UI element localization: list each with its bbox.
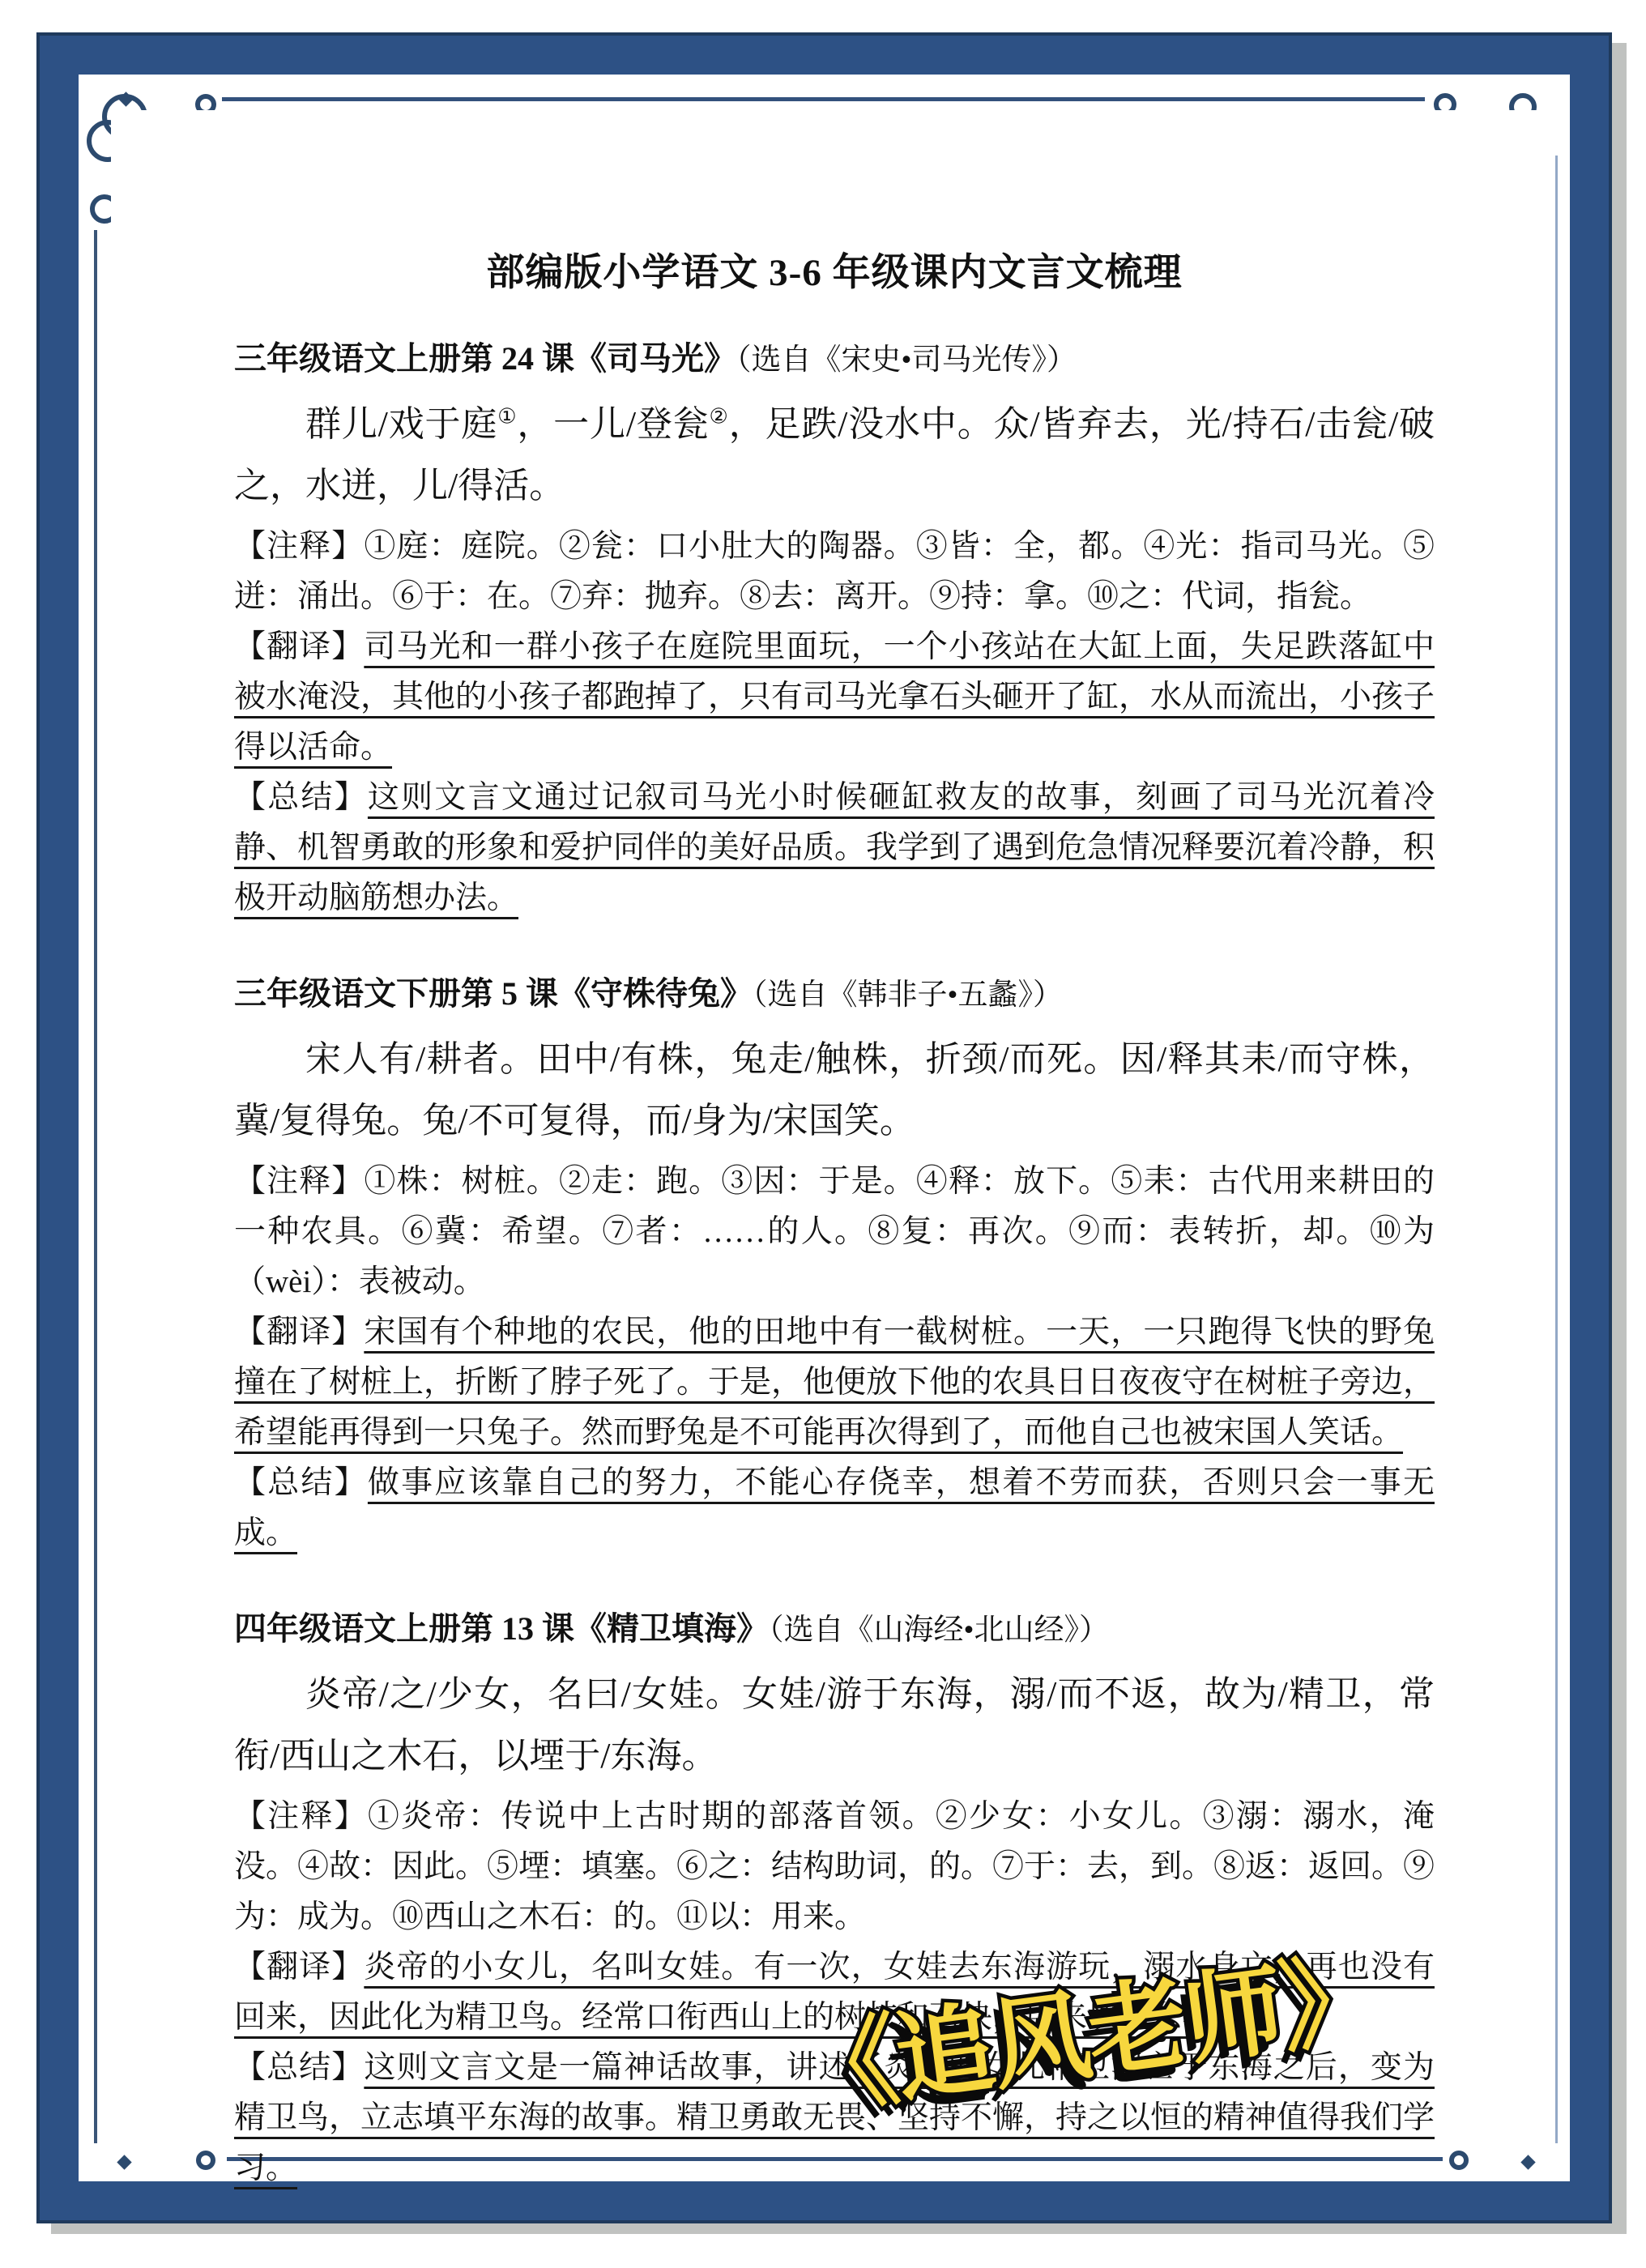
summary-label: 【总结】 (234, 2050, 364, 2085)
inner-border-top-rule (222, 97, 1425, 101)
notes-label: 【注释】 (234, 1799, 368, 1834)
notes-label: 【注释】 (234, 529, 364, 564)
translation-text: 宋国有个种地的农民，他的田地中有一截树桩。一天，一只跑得飞快的野兔撞在了树桩上，… (234, 1315, 1435, 1450)
lesson-section-simaguang: 三年级语文上册第 24 课《司马光》（选自《宋史•司马光传》） 群儿/戏于庭①，… (234, 334, 1435, 923)
lesson-header: 三年级语文下册第 5 课《守株待兔》（选自《韩非子•五蠡》） (234, 969, 1435, 1021)
classical-text: 群儿/戏于庭①，一儿/登瓮②，足跌/没水中。众/皆弃去，光/持石/击瓮/破之，水… (234, 394, 1435, 517)
lesson-title: 三年级语文上册第 24 课《司马光》 (234, 340, 736, 377)
notes-label: 【注释】 (234, 1164, 364, 1199)
classical-text-segment: ，一儿/登瓮 (517, 404, 709, 444)
page-border-frame: 部编版小学语文 3-6 年级课内文言文梳理 三年级语文上册第 24 课《司马光》… (36, 32, 1612, 2223)
lesson-source: （选自《山海经•北山经》） (769, 1614, 1109, 1647)
inner-border-right-rule (1555, 156, 1558, 2143)
diamond-ornament (117, 2155, 131, 2169)
inner-page: 部编版小学语文 3-6 年级课内文言文梳理 三年级语文上册第 24 课《司马光》… (79, 75, 1570, 2181)
notes-paragraph: 【注释】①炎帝：传说中上古时期的部落首领。②少女：小女儿。③溺：溺水，淹没。④故… (234, 1792, 1435, 1942)
lesson-source: （选自《宋史•司马光传》） (736, 343, 1077, 377)
document-content: 部编版小学语文 3-6 年级课内文言文梳理 三年级语文上册第 24 课《司马光》… (111, 110, 1547, 2139)
bottom-ring-ornament (196, 2151, 215, 2170)
lesson-title: 四年级语文上册第 13 课《精卫填海》 (234, 1610, 769, 1647)
translation-label: 【翻译】 (234, 1315, 364, 1349)
inner-border-left-rule (94, 230, 97, 2143)
notes-paragraph: 【注释】①庭：庭院。②瓮：口小肚大的陶器。③皆：全，都。④光：指司马光。⑤迸：涌… (234, 522, 1435, 622)
classical-text: 宋人有/耕者。田中/有株，兔走/触株，折颈/而死。因/释其耒/而守株，冀/复得兔… (234, 1029, 1435, 1152)
summary-text: 这则文言文通过记叙司马光小时候砸缸救友的故事，刻画了司马光沉着冷静、机智勇敢的形… (234, 780, 1435, 915)
note-ref-1: ① (497, 404, 517, 428)
diamond-ornament (1520, 2155, 1535, 2169)
notes-paragraph: 【注释】①株：树桩。②走：跑。③因：于是。④释：放下。⑤耒：古代用来耕田的一种农… (234, 1157, 1435, 1307)
translation-label: 【翻译】 (234, 1950, 364, 1985)
note-ref-2: ② (710, 404, 729, 428)
classical-text-segment: 群儿/戏于庭 (305, 404, 497, 444)
lesson-title: 三年级语文下册第 5 课《守株待兔》 (234, 975, 753, 1012)
translation-text: 司马光和一群小孩子在庭院里面玩，一个小孩站在大缸上面，失足跌落缸中被水淹没，其他… (234, 629, 1435, 765)
lesson-header: 三年级语文上册第 24 课《司马光》（选自《宋史•司马光传》） (234, 334, 1435, 386)
page-title: 部编版小学语文 3-6 年级课内文言文梳理 (234, 242, 1435, 296)
summary-paragraph: 【总结】做事应该靠自己的努力，不能心存侥幸，想着不劳而获，否则只会一事无成。 (234, 1458, 1435, 1558)
summary-paragraph: 【总结】这则文言文通过记叙司马光小时候砸缸救友的故事，刻画了司马光沉着冷静、机智… (234, 773, 1435, 923)
lesson-header: 四年级语文上册第 13 课《精卫填海》（选自《山海经•北山经》） (234, 1604, 1435, 1656)
lesson-section-shouzhudaitu: 三年级语文下册第 5 课《守株待兔》（选自《韩非子•五蠡》） 宋人有/耕者。田中… (234, 969, 1435, 1558)
notes-text: ①株：树桩。②走：跑。③因：于是。④释：放下。⑤耒：古代用来耕田的一种农具。⑥冀… (234, 1164, 1435, 1299)
summary-text: 做事应该靠自己的努力，不能心存侥幸，想着不劳而获，否则只会一事无成。 (234, 1465, 1435, 1550)
summary-label: 【总结】 (234, 780, 368, 815)
summary-label: 【总结】 (234, 1465, 368, 1500)
translation-label: 【翻译】 (234, 629, 364, 664)
translation-paragraph: 【翻译】宋国有个种地的农民，他的田地中有一截树桩。一天，一只跑得飞快的野兔撞在了… (234, 1307, 1435, 1458)
translation-paragraph: 【翻译】司马光和一群小孩子在庭院里面玩，一个小孩站在大缸上面，失足跌落缸中被水淹… (234, 622, 1435, 773)
notes-text: ①炎帝：传说中上古时期的部落首领。②少女：小女儿。③溺：溺水，淹没。④故：因此。… (234, 1799, 1435, 1934)
lesson-source: （选自《韩非子•五蠡》） (753, 978, 1063, 1012)
content-card: 部编版小学语文 3-6 年级课内文言文梳理 三年级语文上册第 24 课《司马光》… (111, 110, 1547, 2139)
classical-text: 炎帝/之/少女，名曰/女娃。女娃/游于东海，溺/而不返，故为/精卫，常衔/西山之… (234, 1664, 1435, 1787)
notes-text: ①庭：庭院。②瓮：口小肚大的陶器。③皆：全，都。④光：指司马光。⑤迸：涌出。⑥于… (234, 529, 1435, 614)
document-page: { "page": { "title": "部编版小学语文 3-6 年级课内文言… (0, 0, 1646, 2268)
bottom-ring-ornament (1449, 2151, 1469, 2170)
